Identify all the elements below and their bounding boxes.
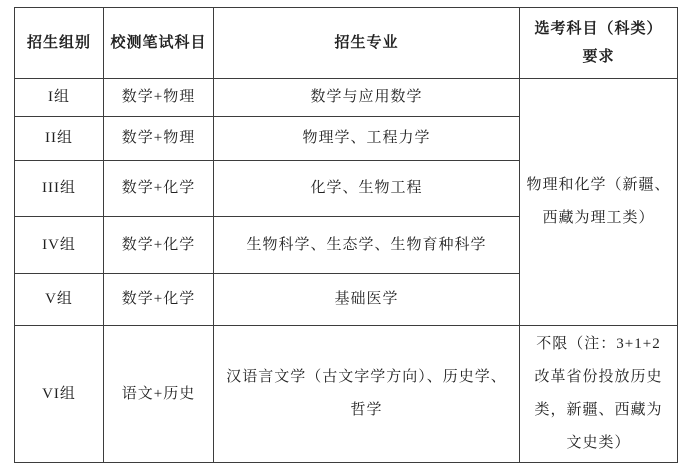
test-subjects-cell: 数学+物理	[104, 117, 214, 161]
test-subjects-cell: 数学+物理	[104, 79, 214, 117]
majors-cell: 数学与应用数学	[214, 79, 520, 117]
test-subjects-cell: 数学+化学	[104, 217, 214, 274]
liberal-arts-requirement-cell: 不限（注：3+1+2 改革省份投放历史 类，新疆、西藏为 文史类）	[520, 326, 678, 463]
group-cell: IV组	[15, 217, 104, 274]
table-row-group-6: VI组 语文+历史 汉语言文学（古文字学方向）、历史学、 哲学 不限（注：3+1…	[15, 326, 678, 463]
group-cell: VI组	[15, 326, 104, 463]
header-group: 招生组别	[15, 8, 104, 79]
header-written-test-subjects: 校测笔试科目	[104, 8, 214, 79]
table-row-group-1: I组 数学+物理 数学与应用数学 物理和化学（新疆、 西藏为理工类）	[15, 79, 678, 117]
group-cell: II组	[15, 117, 104, 161]
majors-cell: 化学、生物工程	[214, 161, 520, 217]
majors-cell: 物理学、工程力学	[214, 117, 520, 161]
group-cell: V组	[15, 274, 104, 326]
test-subjects-cell: 数学+化学	[104, 161, 214, 217]
document-page: 招生组别 校测笔试科目 招生专业 选考科目（科类） 要求 I组 数学+物理 数学…	[0, 0, 683, 464]
admission-groups-table: 招生组别 校测笔试科目 招生专业 选考科目（科类） 要求 I组 数学+物理 数学…	[14, 7, 678, 463]
test-subjects-cell: 语文+历史	[104, 326, 214, 463]
majors-cell: 生物科学、生态学、生物育种科学	[214, 217, 520, 274]
test-subjects-cell: 数学+化学	[104, 274, 214, 326]
group-cell: III组	[15, 161, 104, 217]
header-row: 招生组别 校测笔试科目 招生专业 选考科目（科类） 要求	[15, 8, 678, 79]
majors-cell: 汉语言文学（古文字学方向）、历史学、 哲学	[214, 326, 520, 463]
header-majors: 招生专业	[214, 8, 520, 79]
science-requirement-cell: 物理和化学（新疆、 西藏为理工类）	[520, 79, 678, 326]
header-subject-requirements: 选考科目（科类） 要求	[520, 8, 678, 79]
group-cell: I组	[15, 79, 104, 117]
majors-cell: 基础医学	[214, 274, 520, 326]
